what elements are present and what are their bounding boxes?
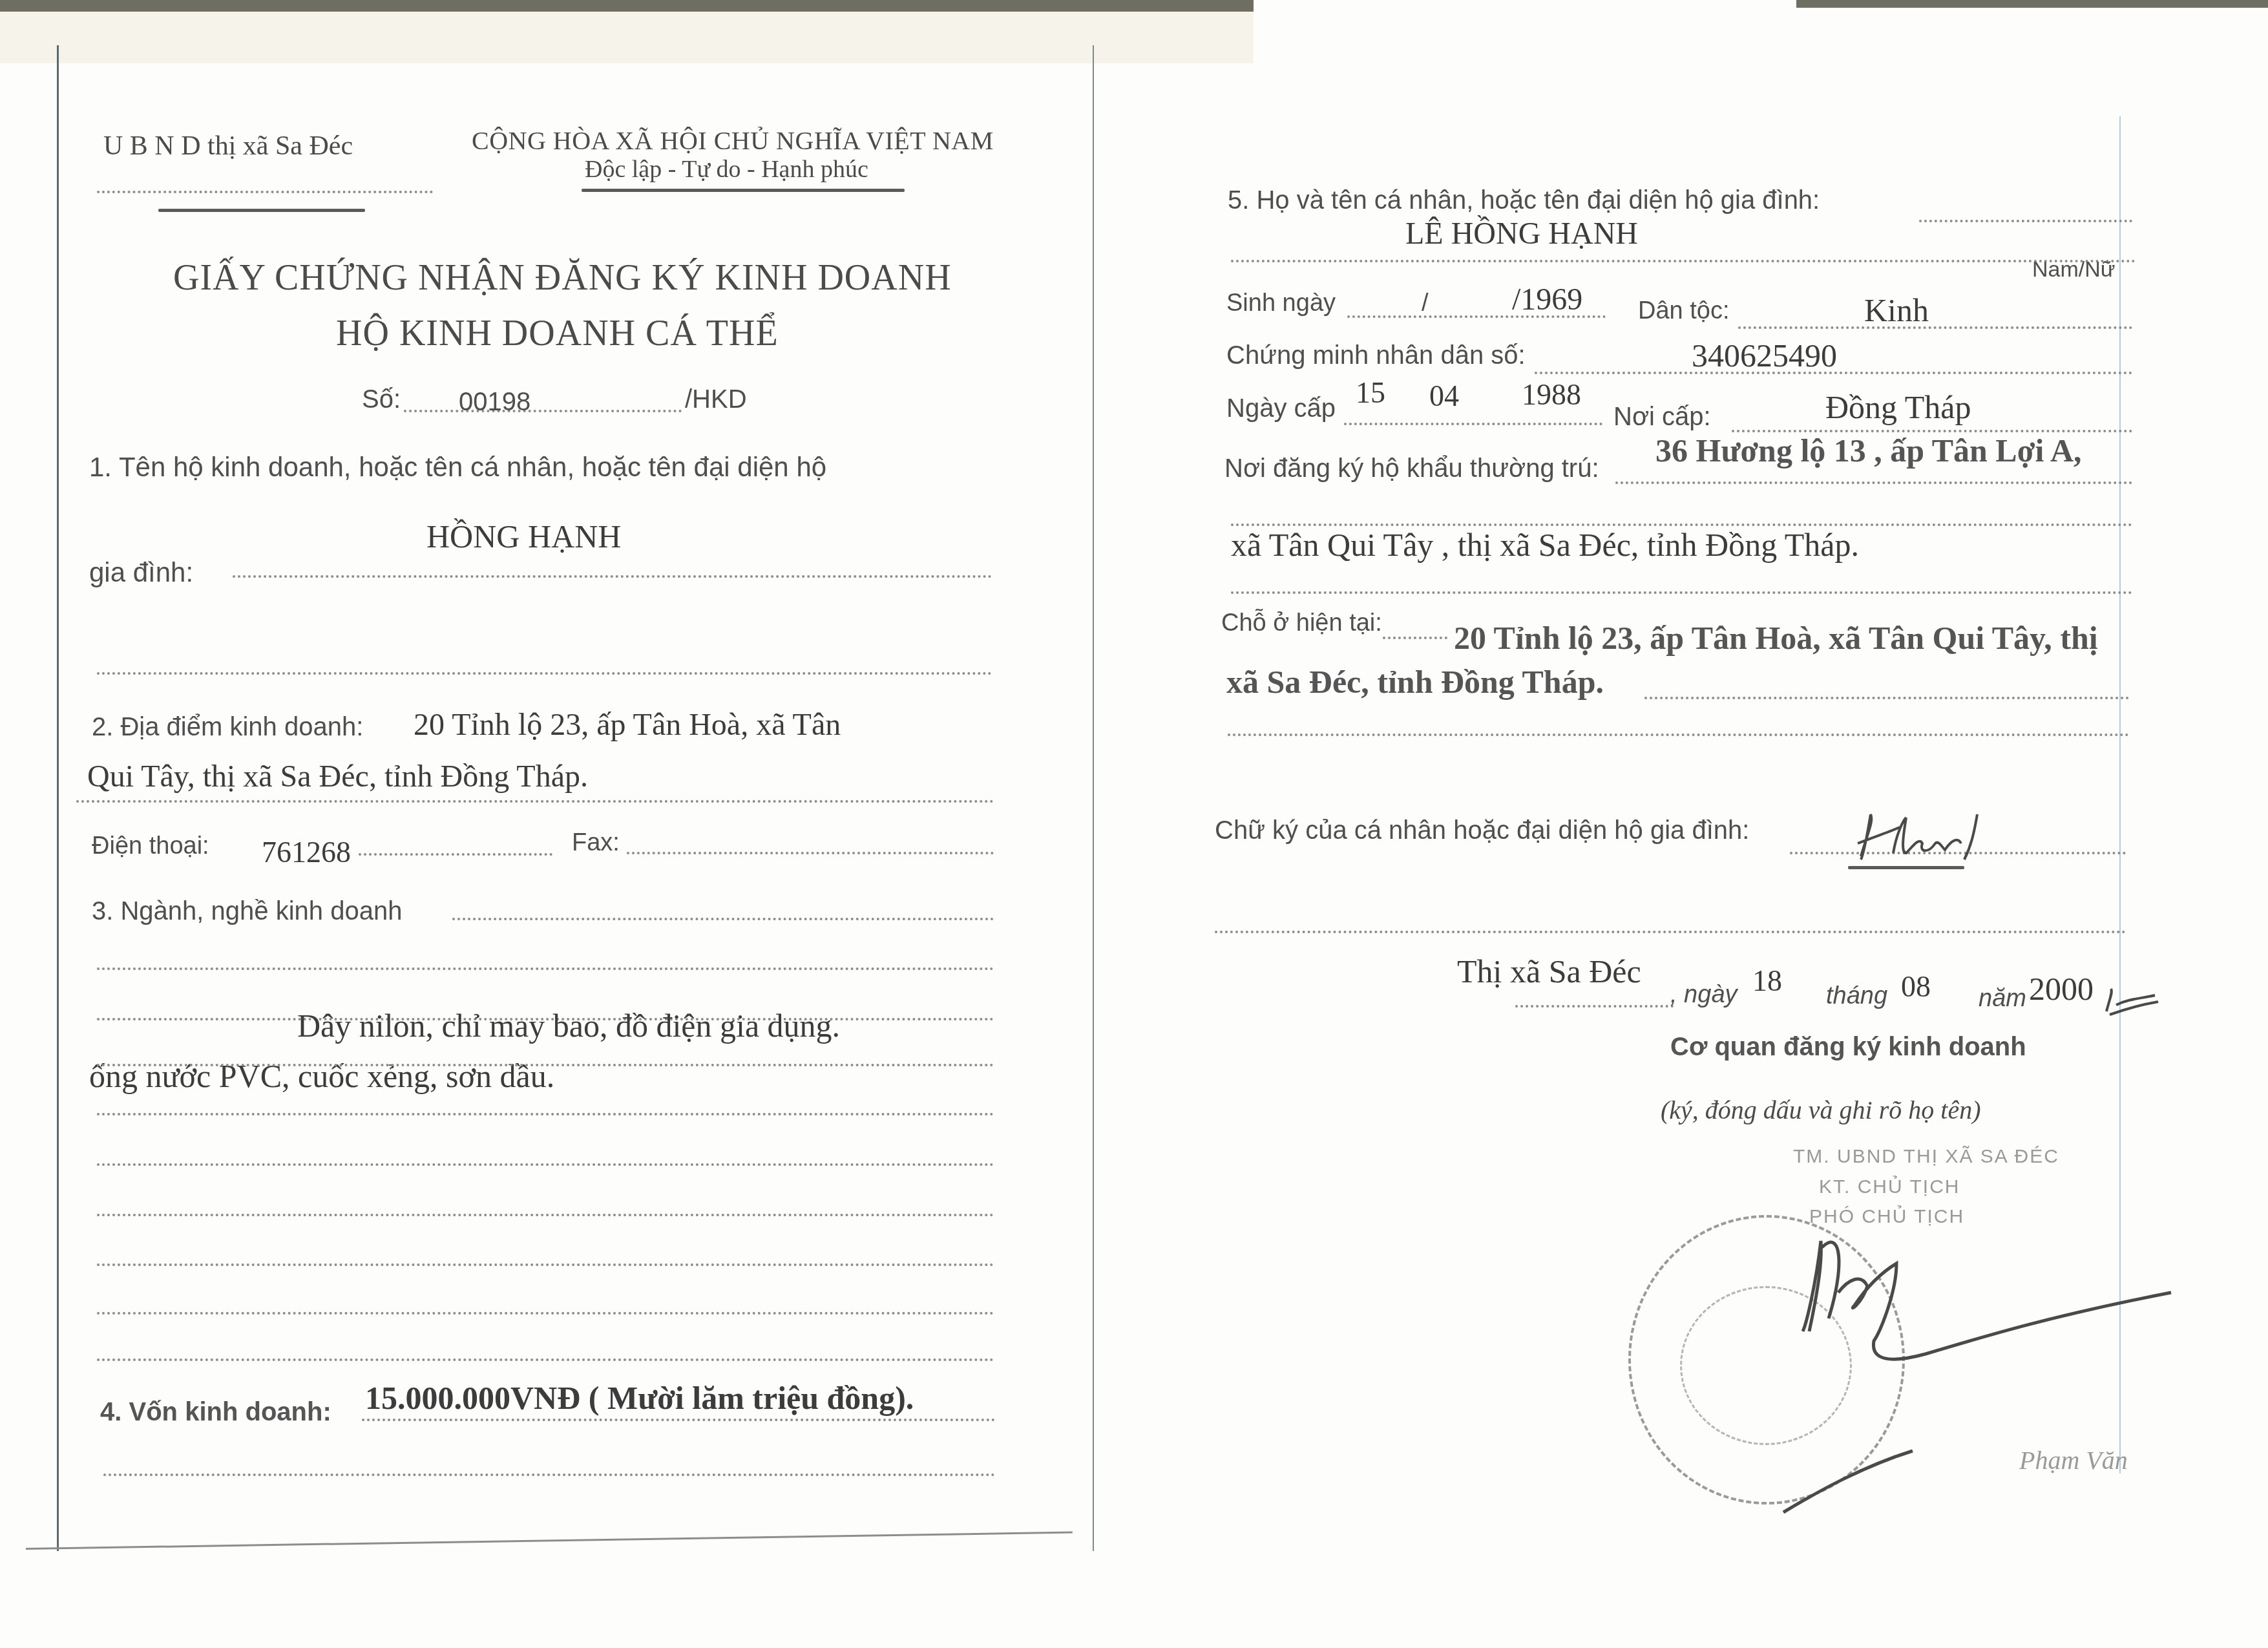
item1-label: 1. Tên hộ kinh doanh, hoặc tên cá nhân, …: [89, 454, 826, 481]
item4-dotline-2: [103, 1474, 995, 1476]
day-label: , ngày: [1670, 982, 1738, 1007]
agency-note: (ký, đóng dấu và ghi rõ họ tên): [1661, 1097, 1980, 1123]
authority-dotline: [97, 191, 433, 193]
item3-dotline-10: [97, 1358, 994, 1361]
scanner-edge-right: [1796, 0, 2268, 8]
business-lines-1: Dây nilon, chỉ may bao, đồ điện gia dụng…: [297, 1009, 840, 1042]
phone-dotline: [359, 853, 552, 856]
item2-dotline: [76, 800, 994, 803]
residence-line1: 36 Hương lộ 13 , ấp Tân Lợi A,: [1655, 434, 2082, 467]
birth-separator: /: [1422, 291, 1429, 315]
item3-dotline-7: [97, 1214, 994, 1216]
official-signature: [1783, 1202, 2203, 1496]
authority-underline: [158, 209, 365, 212]
item1-dotline: [233, 575, 992, 578]
item3-dotline: [452, 918, 994, 920]
year-value: 2000: [2029, 973, 2094, 1005]
year-label: năm: [1979, 986, 2026, 1011]
issue-location: Thị xã Sa Đéc: [1457, 955, 1641, 988]
signature-label: Chữ ký của cá nhân hoặc đại diện hộ gia …: [1215, 818, 1749, 843]
certificate-number-dotline: [404, 410, 682, 412]
issue-date-label: Ngày cấp: [1226, 396, 1336, 421]
item1-dotline-2: [97, 672, 992, 675]
residence-dotline-2: [1231, 523, 2132, 526]
business-address-line2: Qui Tây, thị xã Sa Đéc, tỉnh Đồng Tháp.: [87, 761, 588, 792]
item5-dotline-2: [1231, 260, 2136, 262]
scanner-edge-left: [0, 0, 1254, 12]
issue-place-label: Nơi cấp:: [1613, 404, 1711, 430]
national-title: CỘNG HÒA XÃ HỘI CHỦ NGHĨA VIỆT NAM: [472, 128, 994, 154]
current-address-line1: 20 Tỉnh lộ 23, ấp Tân Hoà, xã Tân Qui Tâ…: [1454, 622, 2098, 654]
issue-year: 1988: [1522, 380, 1581, 410]
representative-name: LÊ HỒNG HẠNH: [1405, 218, 1638, 249]
motto-underline: [582, 189, 905, 192]
item3-label: 3. Ngành, nghề kinh doanh: [92, 898, 402, 924]
item1-label-cont: gia đình:: [89, 559, 193, 586]
item3-dotline-5: [97, 1113, 994, 1115]
issue-month: 04: [1429, 381, 1459, 411]
initials-mark: [2103, 986, 2161, 1021]
fax-dotline: [627, 852, 994, 854]
date-dotline: [1515, 1005, 1674, 1008]
document-title-line1: GIẤY CHỨNG NHẬN ĐĂNG KÝ KINH DOANH: [173, 260, 952, 296]
certificate-number-suffix: /HKD: [685, 386, 747, 412]
phone-value: 761268: [262, 838, 351, 867]
month-label: tháng: [1826, 984, 1887, 1008]
current-address-label: Chỗ ở hiện tại:: [1221, 611, 1382, 635]
day-value: 18: [1752, 966, 1782, 996]
item5-dotline: [1919, 220, 2132, 222]
current-address-dotline-2: [1644, 697, 2129, 699]
issuing-authority: U B N D thị xã Sa Đéc: [103, 132, 353, 160]
phone-label: Điện thoại:: [92, 834, 209, 858]
signature-underline: [1848, 866, 1964, 869]
official-name-faded: Phạm Văn: [2019, 1448, 2128, 1474]
current-address-line2: xã Sa Đéc, tỉnh Đồng Tháp.: [1226, 666, 1604, 698]
stamp-line2: KT. CHỦ TỊCH: [1819, 1178, 1960, 1197]
item3-dotline-6: [97, 1163, 994, 1166]
ethnicity-label: Dân tộc:: [1638, 299, 1730, 323]
fax-label: Fax:: [572, 830, 620, 855]
current-address-dotline-3: [1228, 734, 2129, 736]
business-address-line1: 20 Tỉnh lộ 23, ấp Tân Hoà, xã Tân: [414, 710, 841, 741]
birth-year: /1969: [1512, 284, 1582, 315]
ethnicity-value: Kinh: [1864, 294, 1929, 326]
id-label: Chứng minh nhân dân số:: [1226, 343, 1526, 368]
item3-dotline-8: [97, 1263, 994, 1266]
certificate-number-label: Số:: [362, 386, 401, 412]
gender-label: Nam/Nữ: [2032, 259, 2116, 280]
issue-place-value: Đồng Tháp: [1825, 391, 1971, 423]
business-capital: 15.000.000VNĐ ( Mười lăm triệu đồng).: [365, 1382, 914, 1414]
ethnicity-dotline: [1738, 326, 2132, 329]
business-name: HỒNG HẠNH: [426, 520, 621, 553]
item3-dotline-2: [97, 967, 994, 970]
stamp-line1: TM. UBND THỊ XÃ SA ĐÉC: [1793, 1147, 2059, 1167]
signature-dotline-2: [1215, 931, 2126, 933]
item5-label: 5. Họ và tên cá nhân, hoặc tên đại diện …: [1228, 187, 1820, 213]
residence-dotline-3: [1231, 591, 2132, 594]
item3-dotline-4: [97, 1064, 994, 1066]
national-motto: Độc lập - Tự do - Hạnh phúc: [585, 157, 868, 182]
item4-dotline: [362, 1419, 995, 1421]
document-title-line2: HỘ KINH DOANH CÁ THỂ: [336, 315, 779, 352]
item4-label: 4. Vốn kinh doanh:: [100, 1399, 331, 1425]
issue-day: 15: [1356, 378, 1385, 408]
agency-label: Cơ quan đăng ký kinh doanh: [1670, 1034, 2026, 1060]
residence-label: Nơi đăng ký hộ khẩu thường trú:: [1224, 456, 1599, 481]
certificate-number-value: 00198: [459, 389, 530, 415]
item2-label: 2. Địa điểm kinh doanh:: [92, 714, 363, 740]
issue-date-dotline: [1344, 423, 1602, 425]
birth-label: Sinh ngày: [1226, 291, 1336, 315]
residence-line2: xã Tân Qui Tây , thị xã Sa Đéc, tỉnh Đồn…: [1231, 529, 1859, 561]
residence-dotline: [1615, 481, 2132, 484]
item3-dotline-9: [97, 1312, 994, 1315]
id-number: 340625490: [1692, 339, 1837, 372]
month-value: 08: [1901, 972, 1931, 1002]
current-address-dotline: [1383, 637, 1447, 639]
